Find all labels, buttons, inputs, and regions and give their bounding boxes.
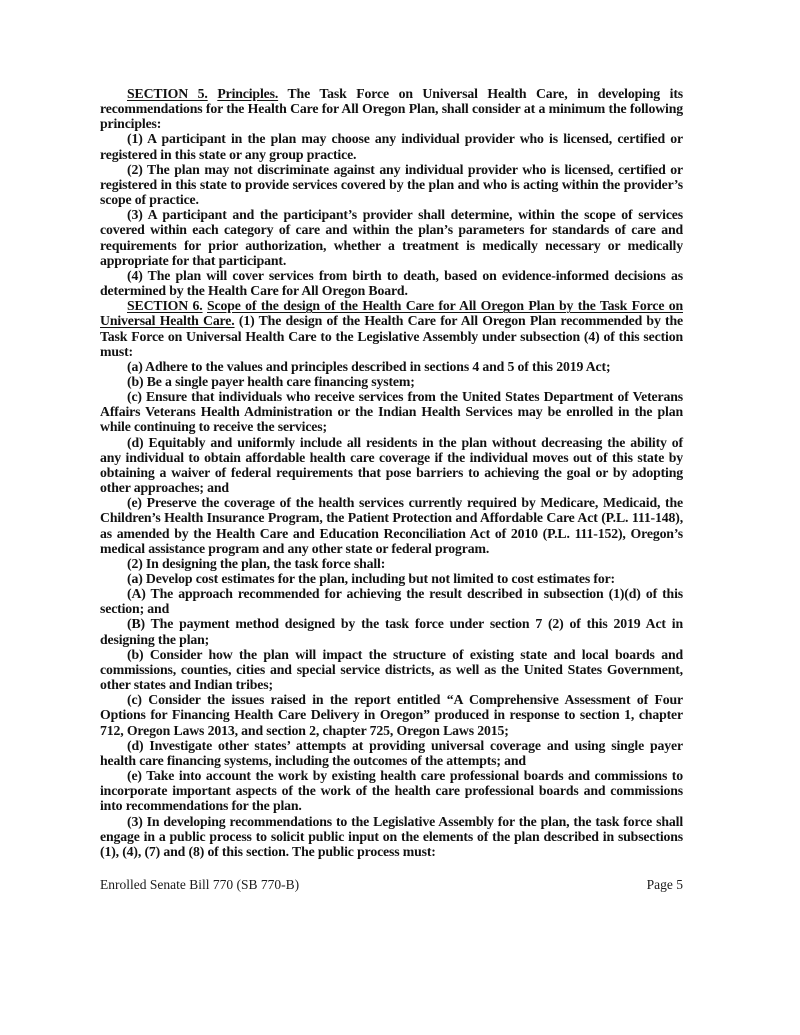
sec5-sub-4: (4) The plan will cover services from bi… — [100, 268, 683, 298]
sec6-sub-1c: (c) Ensure that individuals who receive … — [100, 389, 683, 434]
sec6-sub-2e: (e) Take into account the work by existi… — [100, 768, 683, 813]
sec6-sub-1a: (a) Adhere to the values and principles … — [100, 359, 683, 374]
sec6-sub-2a-A: (A) The approach recommended for achievi… — [100, 586, 683, 616]
sec6-sub-1e: (e) Preserve the coverage of the health … — [100, 495, 683, 556]
section-5-label: SECTION 5. — [127, 86, 208, 101]
sec5-sub-1: (1) A participant in the plan may choose… — [100, 131, 683, 161]
sec6-sub-2b: (b) Consider how the plan will impact th… — [100, 647, 683, 692]
footer-bill-identifier: Enrolled Senate Bill 770 (SB 770-B) — [100, 877, 299, 892]
sec5-sub-3: (3) A participant and the participant’s … — [100, 207, 683, 268]
sec6-sub-1d: (d) Equitably and uniformly include all … — [100, 435, 683, 496]
section-6-label: SECTION 6. — [127, 298, 203, 313]
page-footer: Enrolled Senate Bill 770 (SB 770-B) Page… — [100, 877, 683, 892]
sec6-sub-1b: (b) Be a single payer health care financ… — [100, 374, 683, 389]
section-5-title: Principles. — [217, 86, 278, 101]
sec5-sub-2: (2) The plan may not discriminate agains… — [100, 162, 683, 207]
section-6-paragraph: SECTION 6. Scope of the design of the He… — [100, 298, 683, 359]
sec6-sub-2: (2) In designing the plan, the task forc… — [100, 556, 683, 571]
sec6-sub-2a-B: (B) The payment method designed by the t… — [100, 616, 683, 646]
sec6-sub-2c: (c) Consider the issues raised in the re… — [100, 692, 683, 737]
footer-page-number: Page 5 — [647, 877, 683, 892]
sec6-sub-2a: (a) Develop cost estimates for the plan,… — [100, 571, 683, 586]
sec6-sub-3: (3) In developing recommendations to the… — [100, 814, 683, 859]
section-5-paragraph: SECTION 5. Principles. The Task Force on… — [100, 86, 683, 131]
sec6-sub-2d: (d) Investigate other states’ attempts a… — [100, 738, 683, 768]
bill-body: SECTION 5. Principles. The Task Force on… — [100, 86, 683, 859]
bill-page: SECTION 5. Principles. The Task Force on… — [0, 0, 800, 1035]
